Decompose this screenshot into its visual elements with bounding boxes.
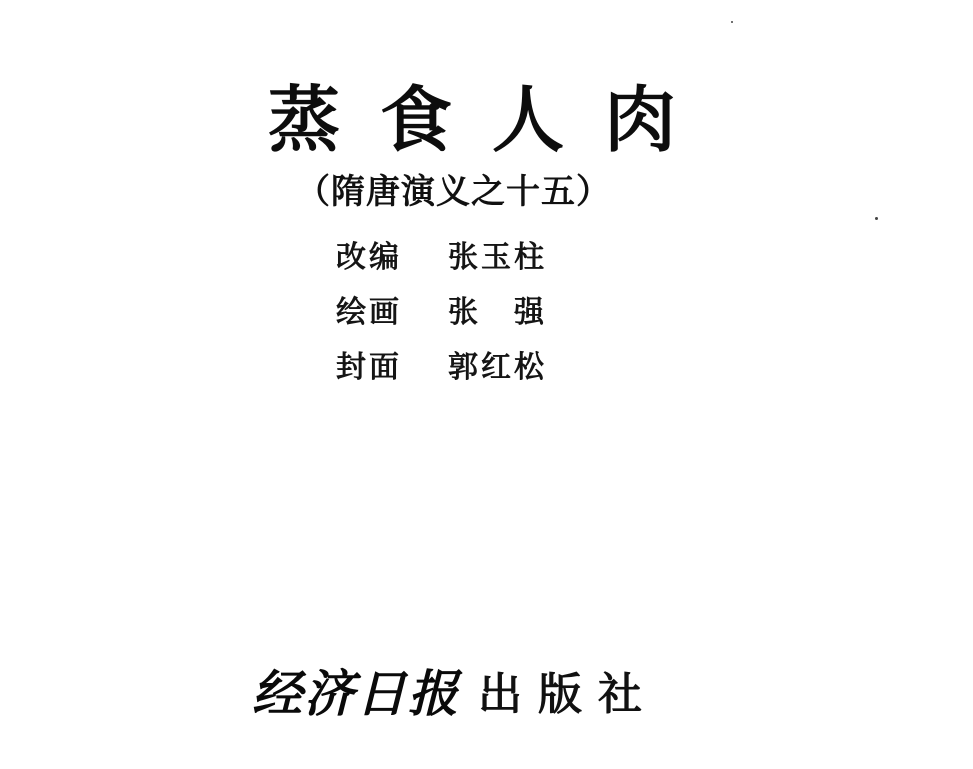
credit-row-illustration: 绘画 张 强 [336,281,596,336]
publisher-imprint: 经济日报 出版社 [252,650,652,730]
credit-row-cover: 封面 郭红松 [336,336,596,391]
title-char: 食 [374,78,458,162]
credit-name: 郭红松 [448,342,547,386]
credit-name: 张 强 [448,287,547,331]
title-char: 蒸 [262,78,346,162]
book-title: 蒸 食 人 肉 [262,78,682,162]
title-page: 蒸 食 人 肉 （隋唐演义之十五） 改编 张玉柱 绘画 张 强 封面 郭红松 经… [0,0,973,769]
credit-role: 封面 [336,342,448,386]
credit-role: 绘画 [336,287,448,331]
credit-role: 改编 [336,232,448,276]
title-char: 肉 [598,78,682,162]
series-subtitle: （隋唐演义之十五） [296,170,626,214]
scan-speck [731,21,733,23]
publisher-suffix: 出版社 [478,658,658,722]
scan-speck [875,217,878,220]
credit-row-adaptation: 改编 张玉柱 [336,226,596,281]
credits-block: 改编 张玉柱 绘画 张 强 封面 郭红松 [336,226,596,391]
credit-name: 张玉柱 [448,232,547,276]
publisher-logo-text: 经济日报 [252,654,460,726]
title-char: 人 [486,78,570,162]
